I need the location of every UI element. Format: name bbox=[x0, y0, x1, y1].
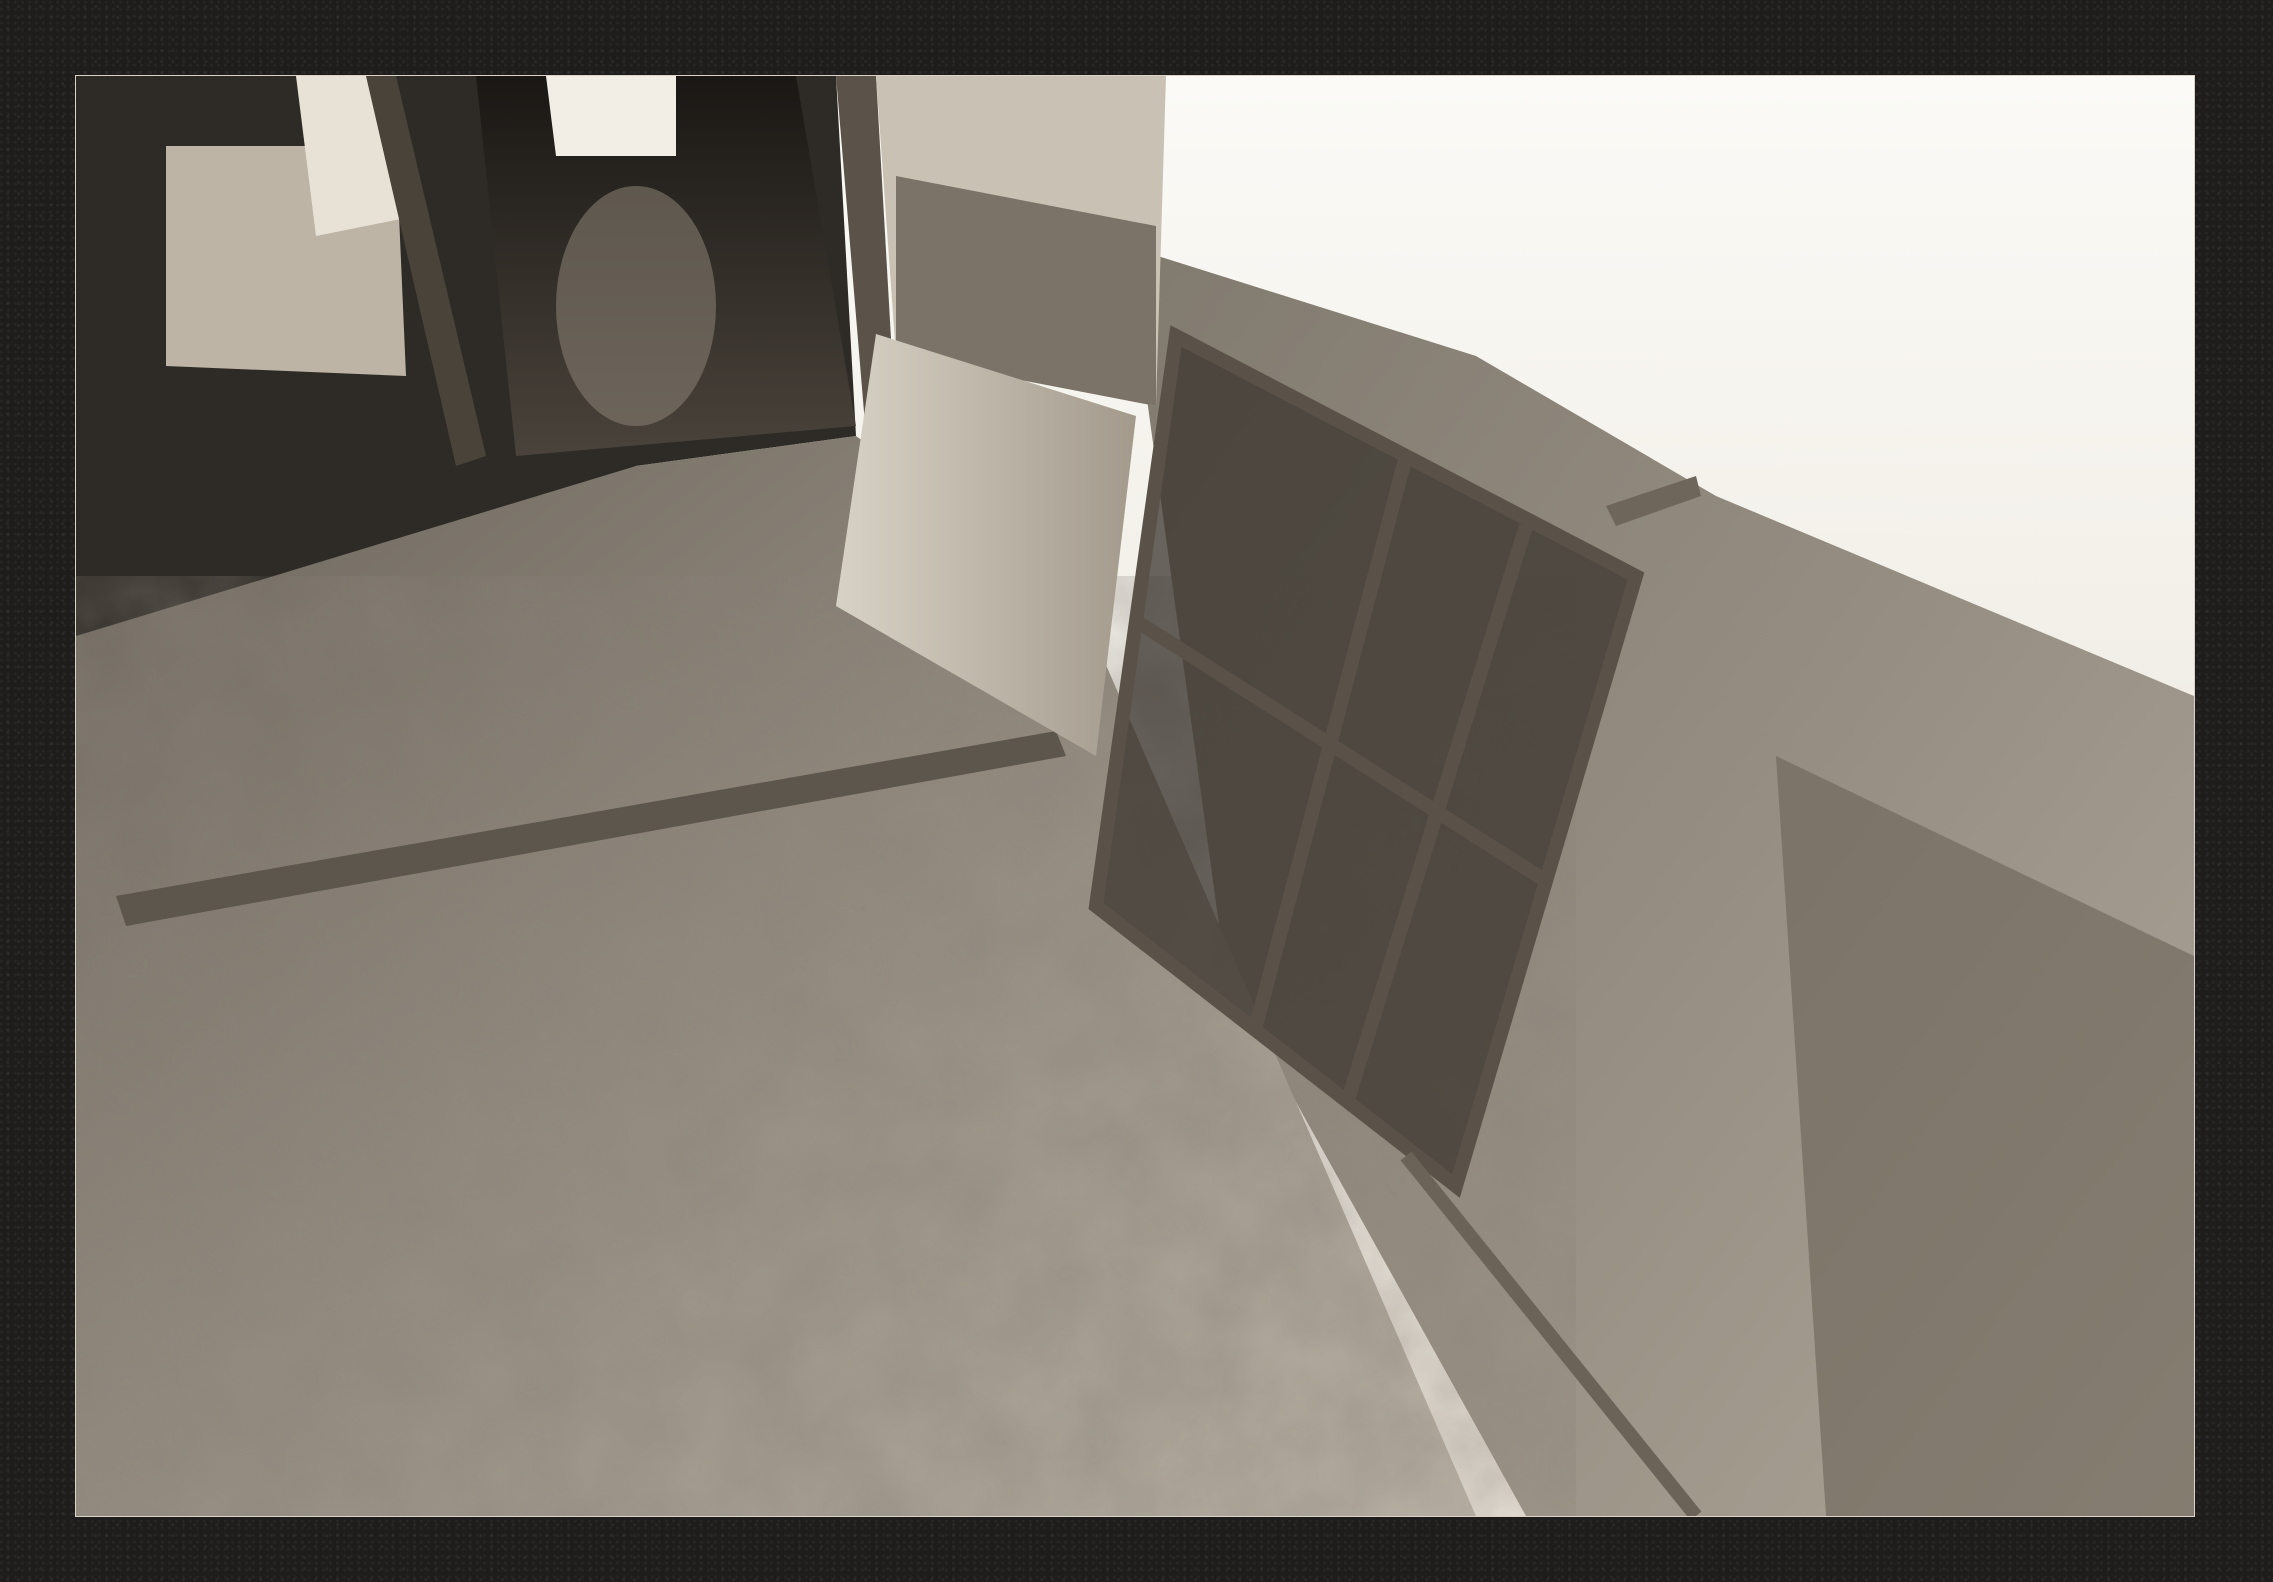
flood-photograph bbox=[76, 76, 2194, 1516]
scene bbox=[76, 76, 2194, 1516]
